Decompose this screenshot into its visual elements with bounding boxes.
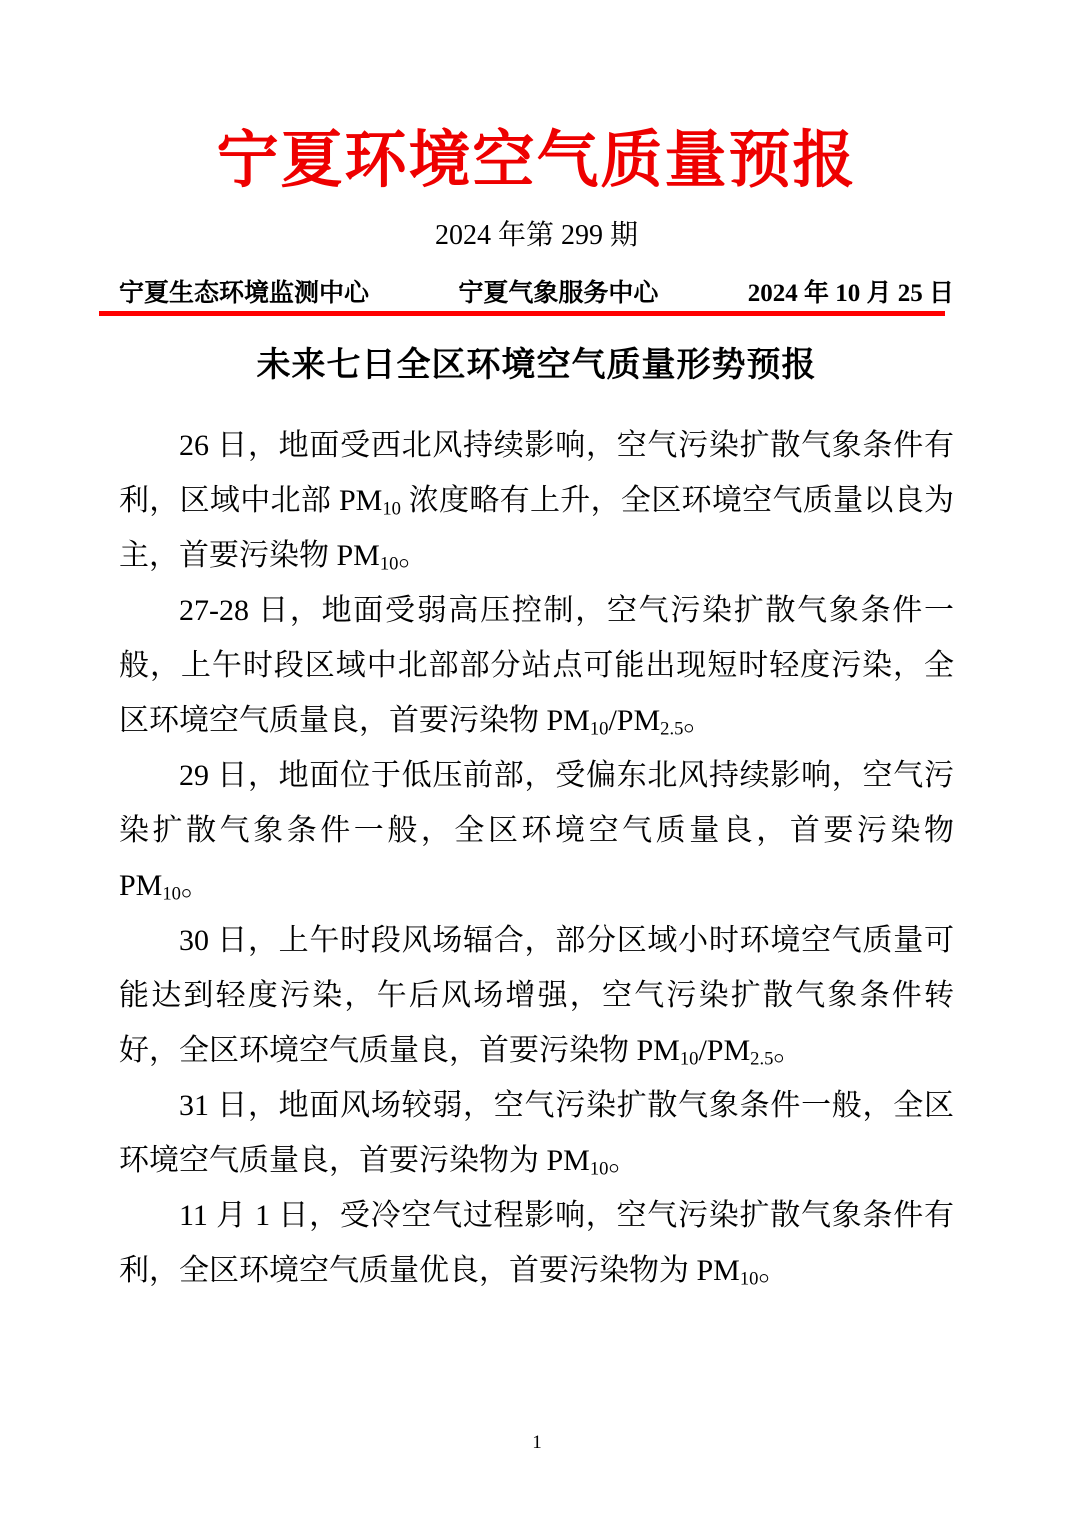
- subscript: 10: [590, 1159, 609, 1180]
- subscript: 10: [162, 884, 181, 905]
- paragraph: 27-28 日，地面受弱高压控制，空气污染扩散气象条件一般，上午时段区域中北部部…: [119, 583, 954, 748]
- subscript: 2.5: [750, 1049, 773, 1070]
- subscript: 10: [680, 1049, 699, 1070]
- subscript: 10: [740, 1269, 759, 1290]
- paragraph: 26 日，地面受西北风持续影响，空气污染扩散气象条件有利，区域中北部 PM10 …: [119, 418, 954, 583]
- header-row: 宁夏生态环境监测中心 宁夏气象服务中心 2024 年 10 月 25 日: [119, 278, 954, 310]
- paragraph: 29 日，地面位于低压前部，受偏东北风持续影响，空气污染扩散气象条件一般，全区环…: [119, 748, 954, 913]
- body-paragraphs: 26 日，地面受西北风持续影响，空气污染扩散气象条件有利，区域中北部 PM10 …: [119, 418, 954, 1298]
- paragraph: 11 月 1 日，受冷空气过程影响，空气污染扩散气象条件有利，全区环境空气质量优…: [119, 1188, 954, 1298]
- issue-number: 2024 年第 299 期: [119, 218, 954, 254]
- paragraph: 30 日，上午时段风场辐合，部分区域小时环境空气质量可能达到轻度污染，午后风场增…: [119, 913, 954, 1078]
- org-weather-service-center: 宁夏气象服务中心: [458, 278, 658, 310]
- document-page: 宁夏环境空气质量预报 2024 年第 299 期 宁夏生态环境监测中心 宁夏气象…: [0, 0, 1074, 1520]
- subscript: 2.5: [660, 719, 683, 740]
- red-divider-rule: [99, 311, 945, 316]
- subscript: 10: [380, 554, 399, 575]
- issue-date: 2024 年 10 月 25 日: [748, 278, 954, 310]
- subscript: 10: [382, 499, 401, 520]
- page-number: 1: [0, 1430, 1074, 1456]
- paragraph: 31 日，地面风场较弱，空气污染扩散气象条件一般，全区环境空气质量良，首要污染物…: [119, 1078, 954, 1188]
- document-title: 宁夏环境空气质量预报: [119, 124, 954, 198]
- org-monitoring-center: 宁夏生态环境监测中心: [119, 278, 369, 310]
- subscript: 10: [590, 719, 609, 740]
- document-content: 宁夏环境空气质量预报 2024 年第 299 期 宁夏生态环境监测中心 宁夏气象…: [0, 0, 1074, 1298]
- section-title: 未来七日全区环境空气质量形势预报: [119, 344, 954, 388]
